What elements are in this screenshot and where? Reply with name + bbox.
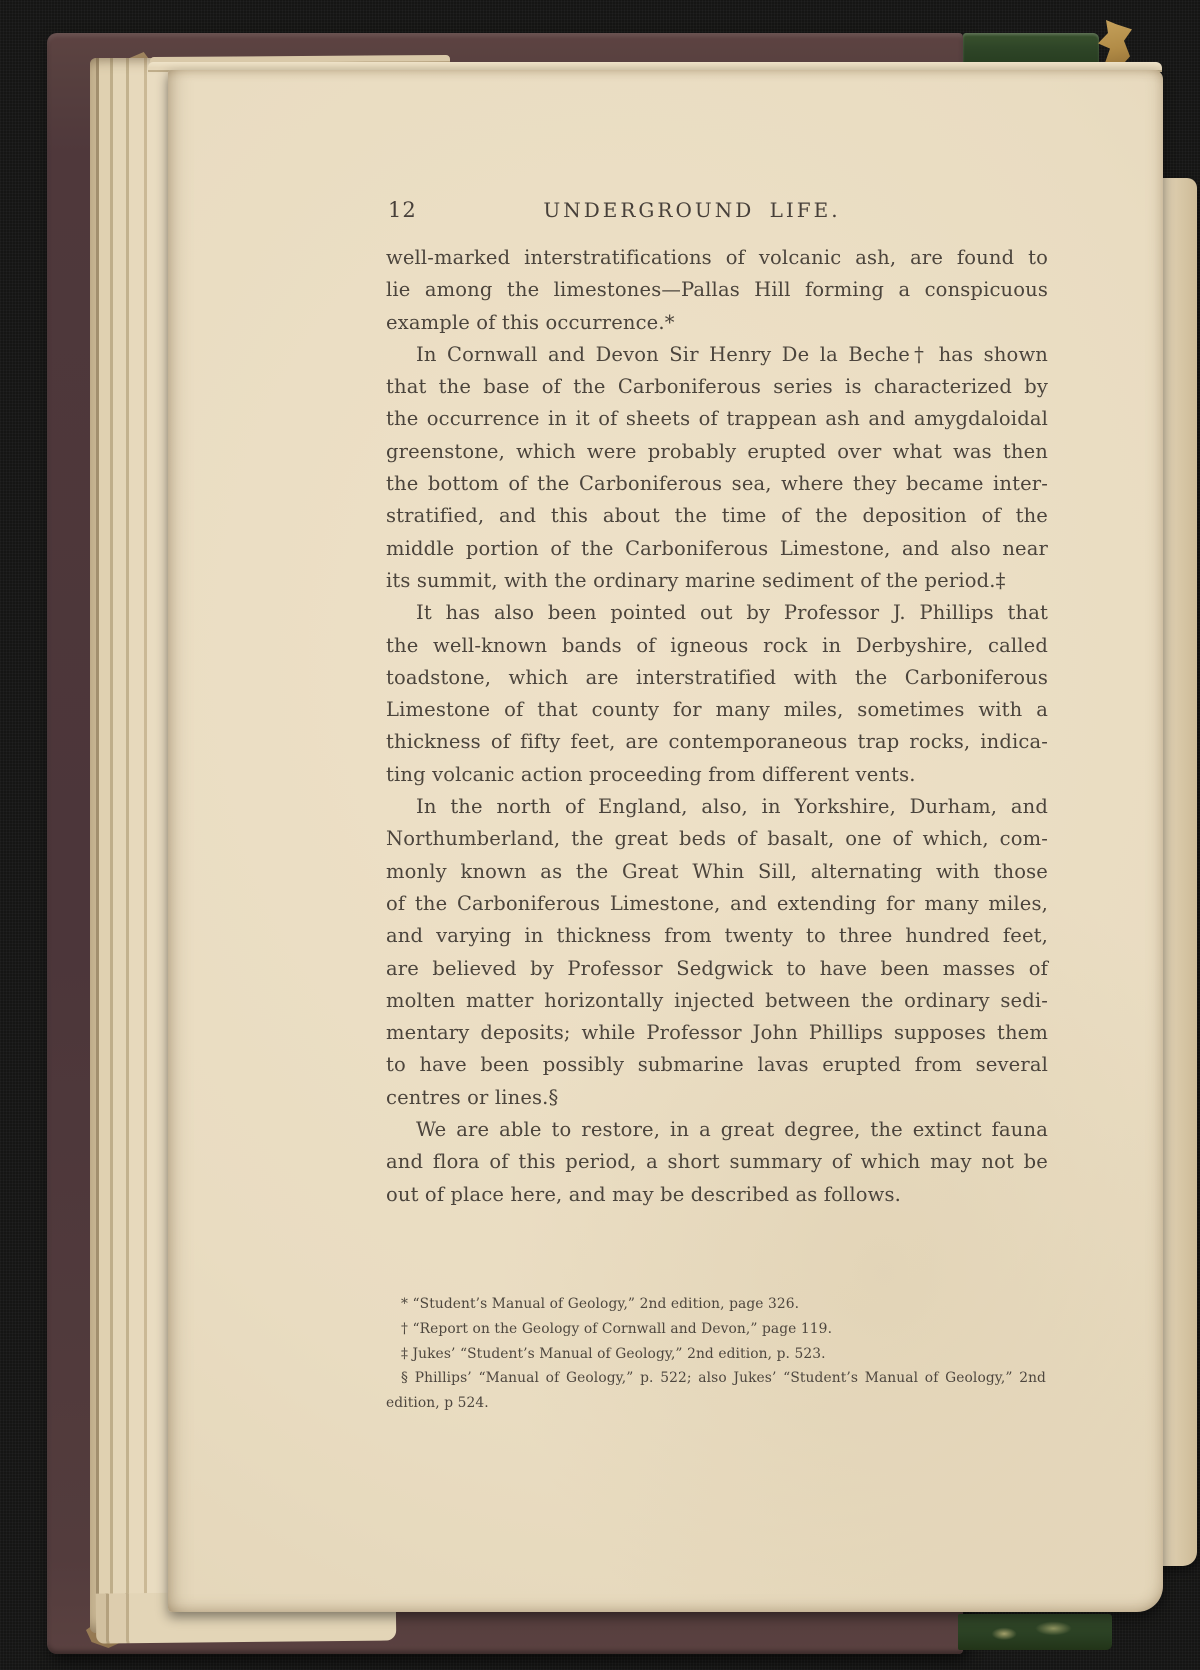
footnote-line: * “Student’s Manual of Geology,” 2nd edi… — [386, 1292, 1048, 1317]
paragraph: well-marked interstratifications of volc… — [386, 242, 1048, 339]
paragraph: It has also been pointed out by Professo… — [386, 597, 1048, 791]
footnote-line: § Phillips’ “Manual of Geology,” p. 522;… — [386, 1366, 1048, 1391]
body-line: We are able to restore, in a great degre… — [386, 1114, 1048, 1146]
body-line: to have been possibly submarine lavas er… — [386, 1049, 1048, 1081]
body-paragraphs: well-marked interstratifications of volc… — [386, 242, 1048, 1211]
body-line: and flora of this period, a short summar… — [386, 1146, 1048, 1178]
paragraph: In Cornwall and Devon Sir Henry De la Be… — [386, 339, 1048, 597]
body-line: lie among the limestones—Pallas Hill for… — [386, 274, 1048, 306]
footnotes: * “Student’s Manual of Geology,” 2nd edi… — [386, 1292, 1048, 1416]
page-edges-left-stack — [90, 58, 172, 1633]
body-line: Limestone of that county for many miles,… — [386, 694, 1048, 726]
body-line: Northumberland, the great beds of basalt… — [386, 823, 1048, 855]
body-line: middle portion of the Carboniferous Lime… — [386, 533, 1048, 565]
footnote-line: † “Report on the Geology of Cornwall and… — [386, 1317, 1048, 1342]
body-line: the well-known bands of igneous rock in … — [386, 630, 1048, 662]
body-line: and varying in thickness from twenty to … — [386, 920, 1048, 952]
body-line: In Cornwall and Devon Sir Henry De la Be… — [386, 339, 1048, 371]
page-header: 12 UNDERGROUND LIFE. — [386, 196, 1048, 226]
body-line: are believed by Professor Sedgwick to ha… — [386, 953, 1048, 985]
body-line: monly known as the Great Whin Sill, alte… — [386, 856, 1048, 888]
body-line: It has also been pointed out by Professo… — [386, 597, 1048, 629]
footnote-line: edition, p 524. — [386, 1391, 1048, 1416]
green-book-edge-bottom — [958, 1614, 1112, 1650]
paragraph: We are able to restore, in a great degre… — [386, 1114, 1048, 1211]
body-line: In the north of England, also, in Yorksh… — [386, 791, 1048, 823]
body-line: the bottom of the Carboniferous sea, whe… — [386, 468, 1048, 500]
body-line: out of place here, and may be described … — [386, 1179, 1048, 1211]
body-line: its summit, with the ordinary marine sed… — [386, 565, 1048, 597]
body-line: molten matter horizontally injected betw… — [386, 985, 1048, 1017]
body-line: thickness of fifty feet, are contemporan… — [386, 726, 1048, 758]
body-line: centres or lines.§ — [386, 1082, 1048, 1114]
photo-background: 12 UNDERGROUND LIFE. well-marked interst… — [0, 0, 1200, 1670]
body-line: mentary deposits; while Professor John P… — [386, 1017, 1048, 1049]
footnote-line: ‡ Jukes’ “Student’s Manual of Geology,” … — [386, 1342, 1048, 1367]
body-line: well-marked interstratifications of volc… — [386, 242, 1048, 274]
body-line: toadstone, which are interstratified wit… — [386, 662, 1048, 694]
running-title: UNDERGROUND LIFE. — [386, 198, 998, 222]
paragraph: In the north of England, also, in Yorksh… — [386, 791, 1048, 1114]
body-line: ting volcanic action proceeding from dif… — [386, 759, 1048, 791]
body-line: the occurrence in it of sheets of trappe… — [386, 403, 1048, 435]
book-page: 12 UNDERGROUND LIFE. well-marked interst… — [168, 70, 1163, 1612]
body-line: example of this occurrence.* — [386, 307, 1048, 339]
body-line: greenstone, which were probably erupted … — [386, 436, 1048, 468]
body-line: of the Carboniferous Limestone, and exte… — [386, 888, 1048, 920]
body-line: that the base of the Carboniferous serie… — [386, 371, 1048, 403]
body-line: stratified, and this about the time of t… — [386, 500, 1048, 532]
